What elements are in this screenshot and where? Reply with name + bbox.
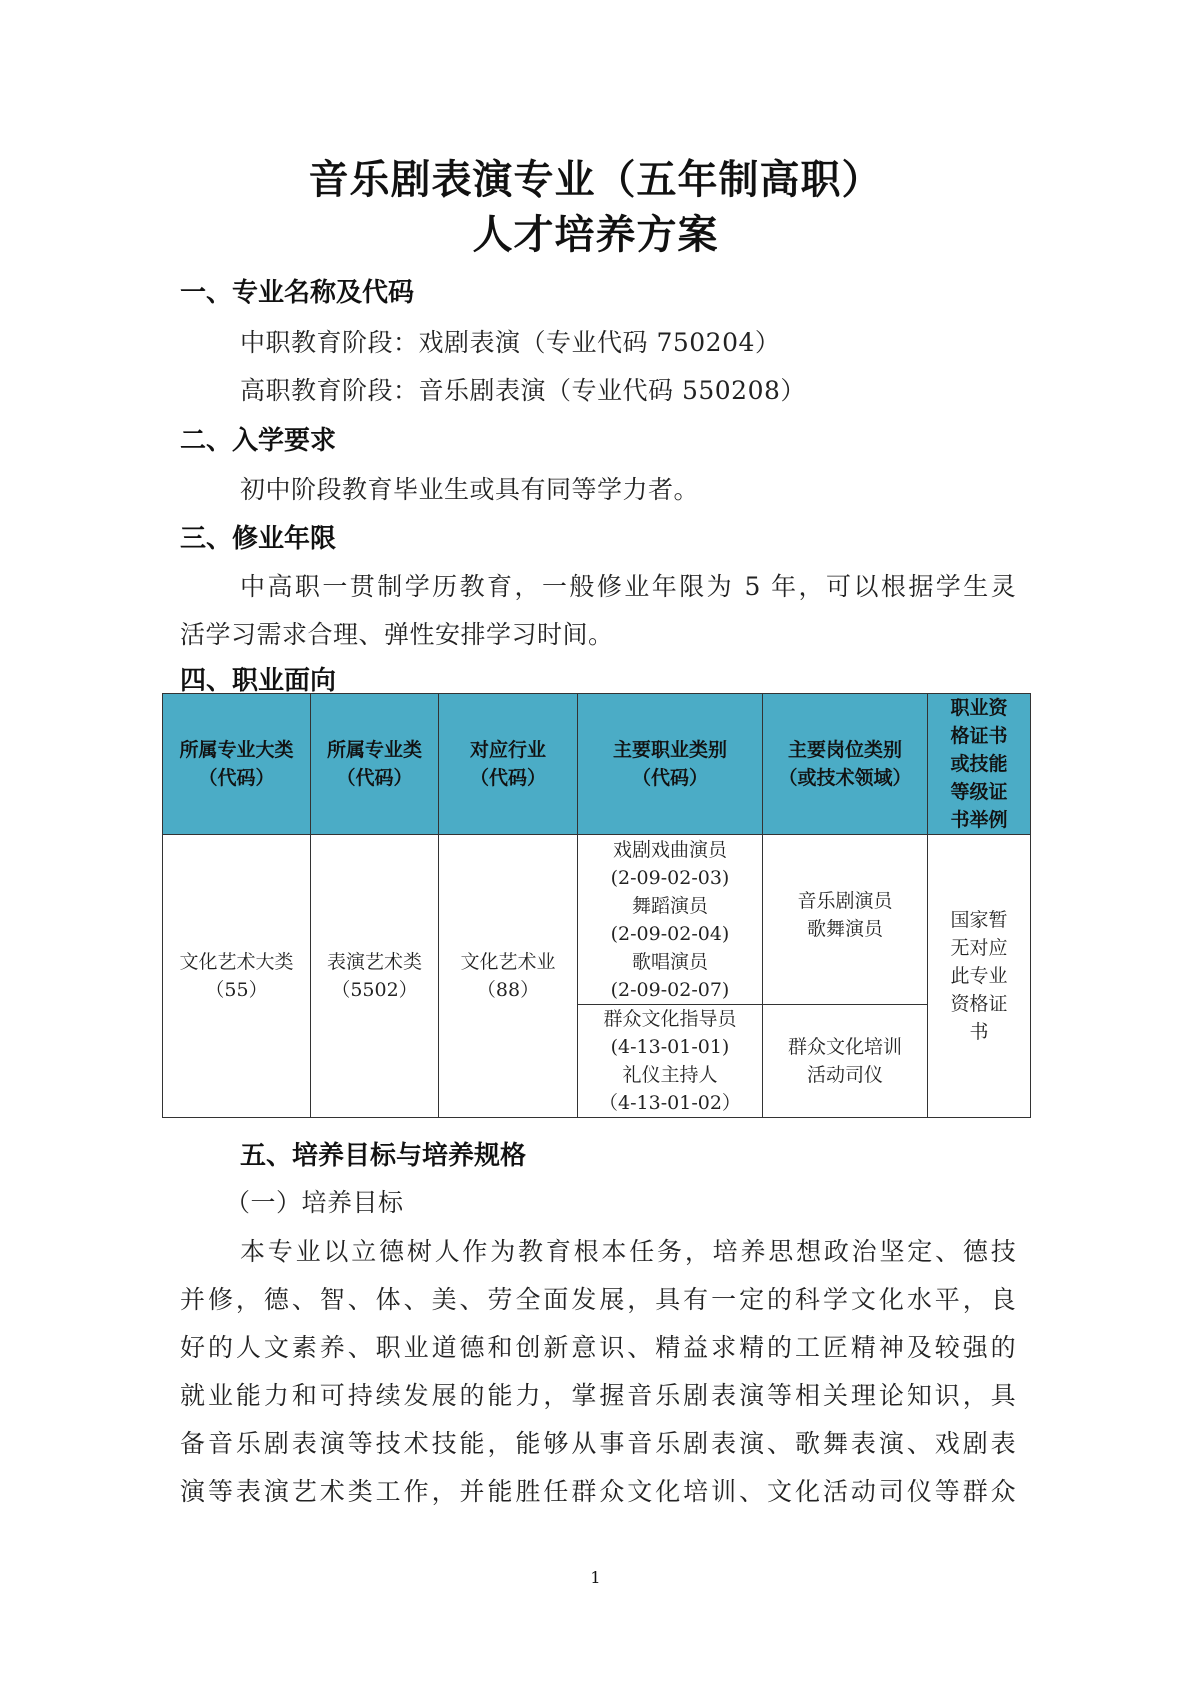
paragraph-duration-line1: 中高职一贯制学历教育，一般修业年限为 5 年，可以根据学生灵 — [240, 567, 1016, 603]
cell-posts-mass-culture: 群众文化培训 活动司仪 — [763, 1005, 928, 1118]
paragraph-goal-line4: 就业能力和可持续发展的能力，掌握音乐剧表演等相关理论知识，具 — [180, 1376, 1016, 1412]
subheading-training-goal: （一）培养目标 — [225, 1183, 404, 1219]
header-major-class: 所属专业类 （代码） — [311, 694, 439, 835]
cell-certificates: 国家暂 无对应 此专业 资格证 书 — [928, 835, 1031, 1118]
section-heading-major-name: 一、专业名称及代码 — [180, 272, 414, 309]
header-major-category: 所属专业大类 （代码） — [163, 694, 311, 835]
section-heading-duration: 三、修业年限 — [180, 518, 336, 555]
cell-occupations-mass-culture: 群众文化指导员 (4-13-01-01) 礼仪主持人 （4-13-01-02） — [578, 1005, 763, 1118]
paragraph-goal-line5: 备音乐剧表演等技术技能，能够从事音乐剧表演、歌舞表演、戏剧表 — [180, 1424, 1016, 1460]
paragraph-goal-line6: 演等表演艺术类工作，并能胜任群众文化培训、文化活动司仪等群众 — [180, 1472, 1016, 1508]
page-number: 1 — [0, 1568, 1191, 1587]
paragraph-goal-line2: 并修，德、智、体、美、劳全面发展，具有一定的科学文化水平，良 — [180, 1280, 1016, 1316]
table-header-row: 所属专业大类 （代码） 所属专业类 （代码） 对应行业 （代码） 主要职业类别 … — [163, 694, 1031, 835]
paragraph-goal-line1: 本专业以立德树人作为教育根本任务，培养思想政治坚定、德技 — [240, 1232, 1016, 1268]
header-post: 主要岗位类别 （或技术领域） — [763, 694, 928, 835]
section-heading-admission: 二、入学要求 — [180, 420, 336, 457]
cell-occupations-performers: 戏剧戏曲演员 (2-09-02-03) 舞蹈演员 (2-09-02-04) 歌唱… — [578, 835, 763, 1005]
career-orientation-table: 所属专业大类 （代码） 所属专业类 （代码） 对应行业 （代码） 主要职业类别 … — [162, 693, 1031, 1118]
section-heading-career: 四、职业面向 — [180, 660, 336, 697]
cell-major-category: 文化艺术大类 （55） — [163, 835, 311, 1118]
paragraph-secondary-stage: 中职教育阶段：戏剧表演（专业代码 750204） — [240, 323, 780, 359]
header-certificate: 职业资 格证书 或技能 等级证 书举例 — [928, 694, 1031, 835]
cell-posts-performers: 音乐剧演员 歌舞演员 — [763, 835, 928, 1005]
document-title-line2: 人才培养方案 — [0, 203, 1191, 260]
section-heading-goals: 五、培养目标与培养规格 — [240, 1135, 526, 1172]
paragraph-higher-stage: 高职教育阶段：音乐剧表演（专业代码 550208） — [240, 371, 806, 407]
cell-major-class: 表演艺术类 （5502） — [311, 835, 439, 1118]
table-row: 文化艺术大类 （55） 表演艺术类 （5502） 文化艺术业 （88） 戏剧戏曲… — [163, 835, 1031, 1005]
paragraph-admission: 初中阶段教育毕业生或具有同等学力者。 — [240, 470, 699, 506]
cell-industry: 文化艺术业 （88） — [439, 835, 578, 1118]
document-title-line1: 音乐剧表演专业（五年制高职） — [0, 148, 1191, 205]
header-industry: 对应行业 （代码） — [439, 694, 578, 835]
paragraph-duration-line2: 活学习需求合理、弹性安排学习时间。 — [180, 615, 614, 651]
header-occupation: 主要职业类别 （代码） — [578, 694, 763, 835]
paragraph-goal-line3: 好的人文素养、职业道德和创新意识、精益求精的工匠精神及较强的 — [180, 1328, 1016, 1364]
